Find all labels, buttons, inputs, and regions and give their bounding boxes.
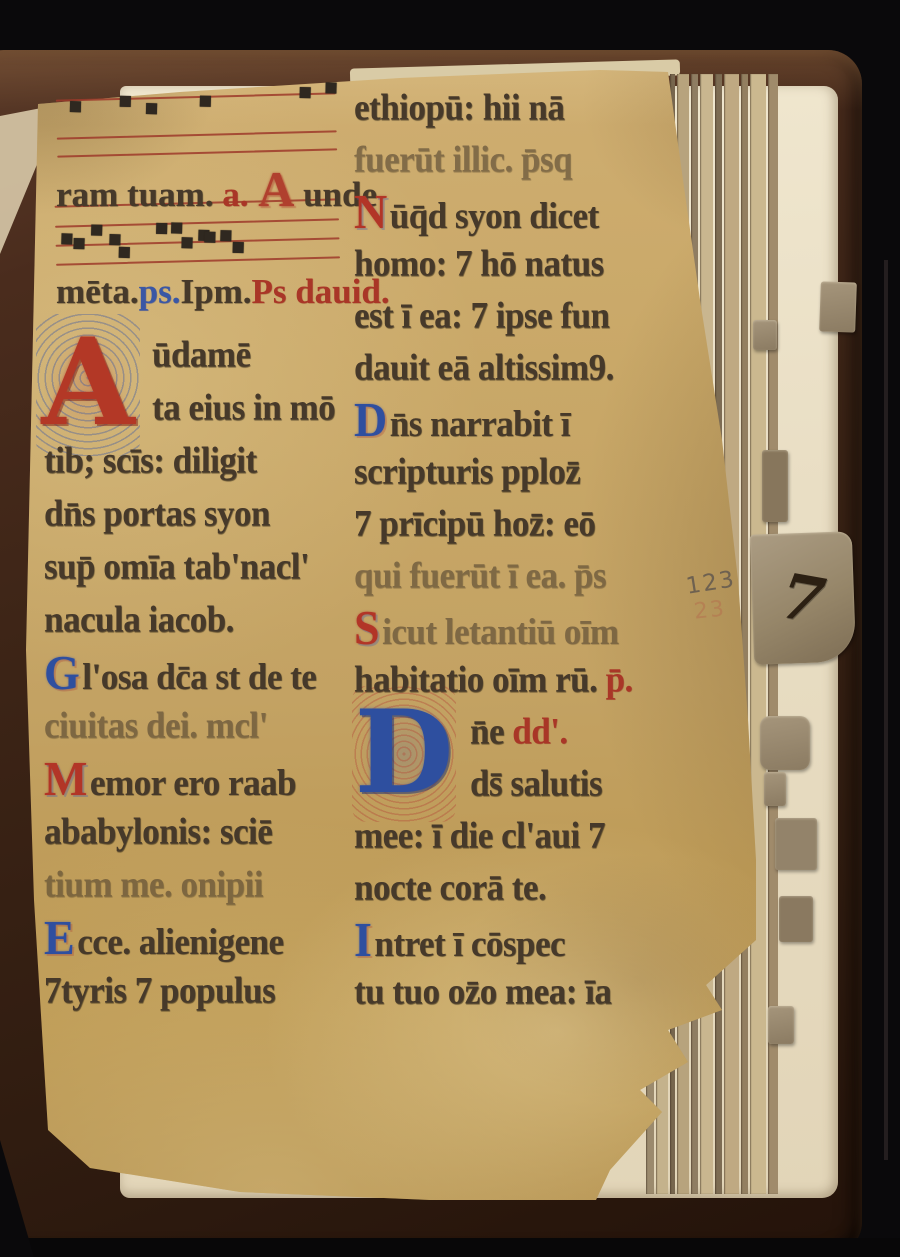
text-segment: fuerūt illic. p̄sq <box>354 139 572 180</box>
text-segment: qui fuerūt ī ea. p̄s <box>354 555 606 596</box>
text-segment: icut letantiū oīm <box>382 611 618 652</box>
text-segment: p̄. <box>597 659 632 700</box>
text-segment: ps. <box>139 272 181 311</box>
page-content: ram tuam. a. A unde mēta.ps.Ipm.Ps dauid… <box>0 0 900 1257</box>
old-folio-number: 23 <box>693 596 727 624</box>
square-neume <box>171 222 182 233</box>
text-segment: tu tuo oz̄o mea: īa <box>354 971 611 1012</box>
manuscript-text-line: Nūq̄d syon dicet <box>354 184 684 239</box>
text-segment: Ipm. <box>180 272 251 311</box>
text-segment: ūdamē <box>152 334 251 375</box>
square-neume <box>181 237 192 248</box>
text-segment: 7tyris 7 populus <box>44 970 275 1011</box>
square-neume <box>73 238 84 249</box>
manuscript-text-line: ababylonis: sciē <box>44 803 354 859</box>
manuscript-text-line: dauit eā altissim9. <box>354 340 684 395</box>
text-segment: A <box>248 161 294 217</box>
text-segment: nacula iacob. <box>44 599 234 640</box>
penwork-initial: M <box>44 751 87 805</box>
manuscript-text-line: Memor ero raab <box>44 750 354 806</box>
square-neume <box>91 225 102 236</box>
text-segment: emor ero raab <box>90 762 296 803</box>
text-segment: dauit eā altissim9. <box>354 347 614 388</box>
manuscript-text-line: fuerūt illic. p̄sq <box>354 132 684 187</box>
square-neume <box>109 234 120 245</box>
text-segment: sup̄ omīa tab'nacl' <box>44 546 309 587</box>
manuscript-photo: 7 ram tuam. a. A unde mēta.ps.Ipm.Ps dau… <box>0 0 900 1257</box>
rubric-line: mēta.ps.Ipm.Ps dauid. <box>56 272 390 312</box>
text-segment: ds̄ salutis <box>470 763 602 804</box>
text-segment: ūq̄d syon dicet <box>390 195 599 236</box>
square-neume <box>300 87 311 98</box>
text-segment: mēta. <box>56 272 139 311</box>
manuscript-text-line: habitatio oīm rū. p̄. <box>354 652 684 707</box>
penwork-initial: S <box>354 600 379 654</box>
manuscript-text-line: Dn̄s narrabit ī <box>354 392 684 447</box>
text-segment: cce. alienigene <box>77 921 283 962</box>
manuscript-text-line: nocte corā te. <box>354 860 684 915</box>
text-segment: scripturis pploz̄ <box>354 451 580 492</box>
text-segment: ciuitas dei. mcl' <box>44 705 268 746</box>
text-segment: ram tuam. <box>56 175 213 214</box>
square-neume <box>325 82 336 93</box>
manuscript-text-line: Sicut letantiū oīm <box>354 600 684 655</box>
square-neume <box>220 230 231 241</box>
text-segment: est ī ea: 7 ipse fun <box>354 295 609 336</box>
penwork-initial: E <box>44 910 74 964</box>
background-bottom <box>0 1238 900 1257</box>
text-segment: habitatio oīm rū. <box>354 659 597 700</box>
manuscript-text-line: est ī ea: 7 ipse fun <box>354 288 684 343</box>
manuscript-text-line: 7 prīcipū hoz̄: eō <box>354 496 684 551</box>
manuscript-text-line: qui fuerūt ī ea. p̄s <box>354 548 684 603</box>
square-neume <box>146 103 157 114</box>
manuscript-text-line: Intret ī cōspec <box>354 912 684 967</box>
text-segment: n̄e <box>470 711 512 752</box>
manuscript-text-line: ethiopū: hii nā <box>354 80 684 135</box>
text-segment: a. <box>213 175 248 214</box>
text-segment: dd'. <box>512 711 567 752</box>
manuscript-text-line: tium me. onipii <box>44 856 354 912</box>
square-neume <box>119 247 130 258</box>
text-segment: tium me. onipii <box>44 864 263 905</box>
penwork-initial: G <box>44 645 79 699</box>
text-segment: ababylonis: sciē <box>44 811 272 852</box>
manuscript-text-line: ta eius in mō <box>152 379 354 435</box>
manuscript-text-line: scripturis pploz̄ <box>354 444 684 499</box>
square-neume <box>204 232 215 243</box>
square-neume <box>200 96 211 107</box>
chant-lyric-line: ram tuam. a. A unde <box>56 160 377 218</box>
penwork-initial: I <box>354 912 371 966</box>
manuscript-text-line: n̄e dd'. <box>470 704 684 759</box>
square-neume <box>120 96 131 107</box>
text-segment: mee: ī die cl'aui 7 <box>354 815 605 856</box>
manuscript-text-line: sup̄ omīa tab'nacl' <box>44 538 354 594</box>
manuscript-text-line: ūdamē <box>152 326 354 382</box>
manuscript-text-line: nacula iacob. <box>44 591 354 647</box>
manuscript-text-line: mee: ī die cl'aui 7 <box>354 808 684 863</box>
penwork-initial: D <box>354 392 387 446</box>
text-segment: dn̄s portas syon <box>44 493 270 534</box>
manuscript-text-line: tib; scīs: diligit <box>44 432 354 488</box>
text-segment: 7 prīcipū hoz̄: eō <box>354 503 595 544</box>
text-segment: ta eius in mō <box>152 387 335 428</box>
manuscript-text-line: 7tyris 7 populus <box>44 962 354 1018</box>
manuscript-text-line: ciuitas dei. mcl' <box>44 697 354 753</box>
square-neume <box>156 223 167 234</box>
manuscript-text-line: Gl'osa dc̄a st de te <box>44 644 354 700</box>
folio-number: 123 <box>684 566 737 599</box>
staff-line <box>56 92 336 101</box>
staff-line <box>56 256 340 265</box>
penwork-initial: N <box>354 184 387 238</box>
text-column-right: ethiopū: hii nāfuerūt illic. p̄sqNūq̄d s… <box>354 82 684 1018</box>
square-neume <box>61 233 72 244</box>
square-neume <box>70 101 81 112</box>
text-segment: nocte corā te. <box>354 867 546 908</box>
square-neume <box>233 242 244 253</box>
text-segment: n̄s narrabit ī <box>390 403 570 444</box>
text-segment: l'osa dc̄a st de te <box>82 656 316 697</box>
manuscript-text-line: homo: 7 hō natus <box>354 236 684 291</box>
text-segment: ethiopū: hii nā <box>354 87 564 128</box>
text-column-left: ūdamēta eius in mōtib; scīs: diligitdn̄s… <box>44 328 354 1017</box>
staff-line <box>57 130 337 139</box>
text-segment: homo: 7 hō natus <box>354 243 604 284</box>
text-segment: ntret ī cōspec <box>374 923 565 964</box>
manuscript-text-line: Ecce. alienigene <box>44 909 354 965</box>
manuscript-text-line: dn̄s portas syon <box>44 485 354 541</box>
staff-line <box>57 148 337 157</box>
manuscript-text-line: tu tuo oz̄o mea: īa <box>354 964 684 1019</box>
manuscript-text-line: ds̄ salutis <box>470 756 684 811</box>
text-segment: tib; scīs: diligit <box>44 440 257 481</box>
